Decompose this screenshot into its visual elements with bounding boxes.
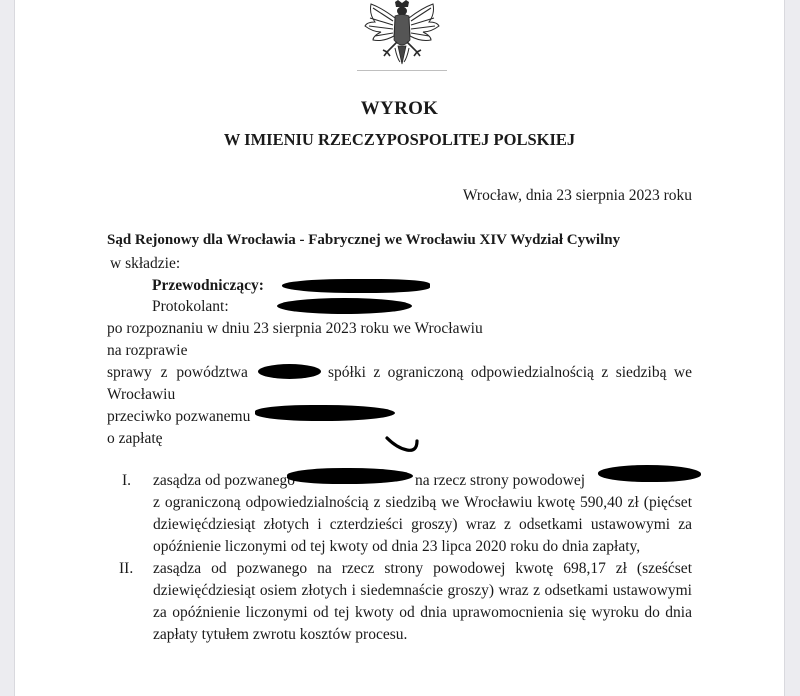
redaction-plaintiff — [258, 364, 321, 379]
judgment-page: WYROK W IMIENIU RZECZYPOSPOLITEJ POLSKIE… — [15, 0, 784, 696]
ruling-1-line-4: opóźnienie liczonymi od tej kwoty od dni… — [153, 538, 640, 556]
redaction-defendant — [255, 405, 395, 421]
presiding-judge-label: Przewodniczący: — [152, 277, 264, 295]
court-name: Sąd Rejonowy dla Wrocławia - Fabrycznej … — [107, 232, 620, 249]
case-line-city: Wrocławiu — [107, 386, 175, 404]
polish-eagle-emblem-icon — [357, 0, 447, 71]
redaction-presiding-judge — [282, 279, 430, 293]
composition-label: w składzie: — [110, 255, 180, 273]
ruling-1-line-1b: na rzecz strony powodowej — [415, 472, 585, 490]
emblem-divider — [357, 70, 447, 71]
ruling-numeral-2: II. — [119, 560, 133, 578]
document-title: WYROK — [15, 98, 784, 120]
document-subtitle: W IMIENIU RZECZYPOSPOLITEJ POLSKIEJ — [15, 130, 784, 150]
redaction-plaintiff-ruling-1 — [598, 465, 701, 482]
ruling-1-line-2: z ograniczoną odpowiedzialnością z siedz… — [153, 494, 692, 512]
place-date: Wrocław, dnia 23 sierpnia 2023 roku — [463, 187, 692, 205]
case-line-rest: spółki z ograniczoną odpowiedzialnością … — [328, 364, 692, 382]
clerk-label: Protokolant: — [152, 298, 229, 316]
redaction-defendant-ruling-1 — [287, 468, 413, 484]
ruling-1-line-1a: zasądza od pozwanego — [153, 472, 295, 490]
redaction-clerk — [277, 298, 412, 314]
ruling-2-line-1: zasądza od pozwanego na rzecz strony pow… — [153, 560, 692, 578]
ruling-2-line-4: zapłaty tytułem zwrotu kosztów procesu. — [153, 626, 407, 644]
case-subject: o zapłatę — [107, 430, 163, 448]
ruling-2-line-2: dziewięćdziesiąt osiem złotych i siedemn… — [153, 582, 692, 600]
hearing-line: po rozpoznaniu w dniu 23 sierpnia 2023 r… — [107, 320, 483, 338]
ruling-2-line-3: za opóźnienie liczonymi od tej kwoty od … — [153, 604, 692, 622]
defendant-label: przeciwko pozwanemu — [107, 408, 250, 426]
case-line-start: sprawy z powództwa — [107, 364, 248, 382]
ruling-1-line-3: dziewięćdziesiąt złotych i czterdzieści … — [153, 516, 692, 534]
ruling-numeral-1: I. — [122, 472, 131, 490]
hearing-type: na rozprawie — [107, 342, 187, 360]
handwritten-mark-icon — [383, 432, 425, 458]
